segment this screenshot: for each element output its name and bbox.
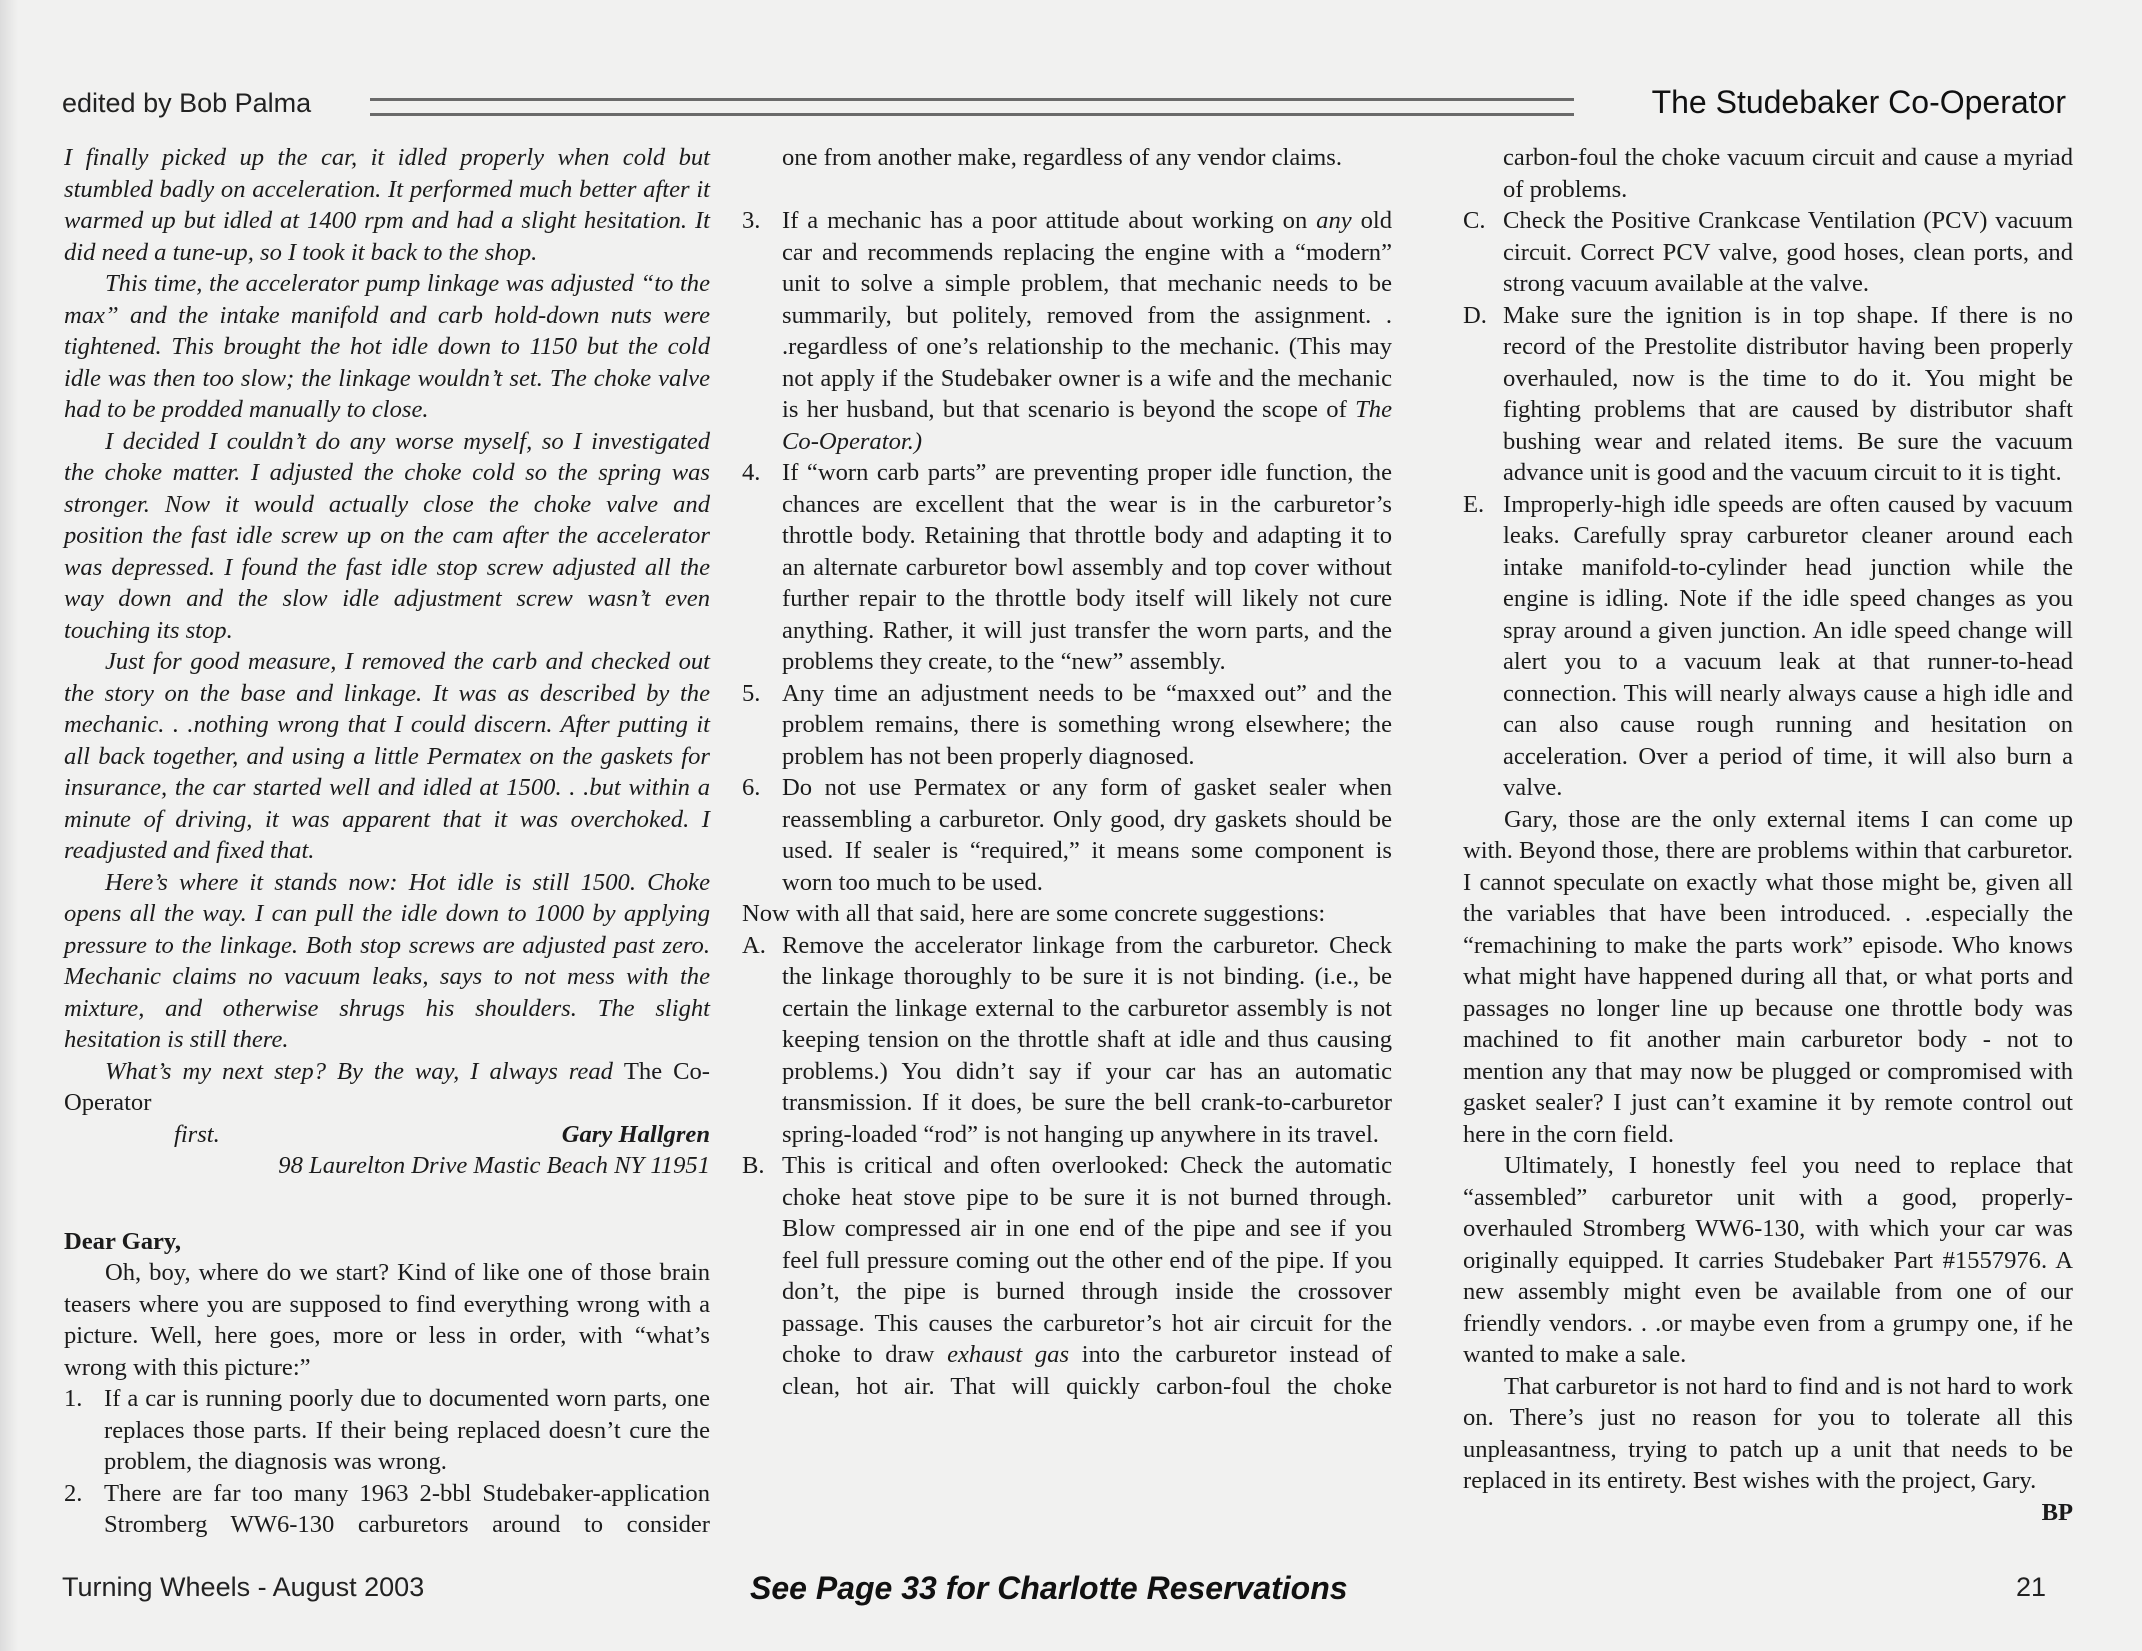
numbered-item: 5. Any time an adjustment needs to be “m… [742, 678, 1392, 773]
closing-paragraph: That carburetor is not hard to find and … [1463, 1371, 2073, 1497]
column-title: The Studebaker Co-Operator [1652, 84, 2066, 121]
page-header: edited by Bob Palma The Studebaker Co-Op… [62, 88, 2066, 128]
lettered-item: B. This is critical and often overlooked… [742, 1150, 1392, 1402]
editor-credit: edited by Bob Palma [62, 88, 311, 119]
closing-paragraph: Gary, those are the only external items … [1463, 804, 2073, 1151]
numbered-item: 2. There are far too many 1963 2-bbl Stu… [64, 1478, 710, 1541]
transition-paragraph: Now with all that said, here are some co… [742, 898, 1392, 930]
reply-intro: Oh, boy, where do we start? Kind of like… [64, 1257, 710, 1383]
numbered-item: 4. If “worn carb parts” are preventing p… [742, 457, 1392, 678]
numbered-item-continued: There are far too many 1963 2-bbl Studeb… [742, 142, 1392, 205]
lettered-item-continued: This is critical and often overlooked: C… [1463, 142, 2073, 205]
header-double-rule [370, 98, 1574, 116]
letter-signature-row: . [64, 1087, 710, 1119]
page-edge-shadow [0, 0, 18, 1651]
promo-notice: See Page 33 for Charlotte Reservations [750, 1570, 1348, 1607]
letter-paragraph: Just for good measure, I removed the car… [64, 646, 710, 867]
numbered-item: 3. If a mechanic has a poor attitude abo… [742, 205, 1392, 457]
page-footer: Turning Wheels - August 2003 See Page 33… [62, 1572, 2066, 1612]
letter-closing-word: first. [174, 1119, 220, 1151]
closing-paragraph: Ultimately, I honestly feel you need to … [1463, 1150, 2073, 1371]
numbered-item: 1. If a car is running poorly due to doc… [64, 1383, 710, 1478]
numbered-item: 6. Do not use Permatex or any form of ga… [742, 772, 1392, 898]
page-number: 21 [2016, 1572, 2046, 1603]
letter-signature: Gary Hallgren [562, 1119, 710, 1151]
letter-paragraph: I finally picked up the car, it idled pr… [64, 142, 710, 268]
letter-paragraph: Here’s where it stands now: Hot idle is … [64, 867, 710, 1056]
lettered-item: D. Make sure the ignition is in top shap… [1463, 300, 2073, 489]
lettered-item: A. Remove the accelerator linkage from t… [742, 930, 1392, 1151]
column-1: I finally picked up the car, it idled pr… [64, 142, 710, 1541]
column-2: There are far too many 1963 2-bbl Studeb… [742, 142, 1392, 1402]
letter-signature-line: first. Gary Hallgren [64, 1119, 710, 1151]
letter-paragraph: This time, the accelerator pump linkage … [64, 268, 710, 426]
lettered-item: E. Improperly-high idle speeds are often… [1463, 489, 2073, 804]
letter-paragraph: I decided I couldn’t do any worse myself… [64, 426, 710, 647]
publication-issue: Turning Wheels - August 2003 [62, 1572, 424, 1603]
column-3: This is critical and often overlooked: C… [1463, 142, 2073, 1528]
reply-salutation: Dear Gary, [64, 1226, 710, 1258]
letter-address: 98 Laurelton Drive Mastic Beach NY 11951 [64, 1150, 710, 1182]
lettered-item: C. Check the Positive Crankcase Ventilat… [1463, 205, 2073, 300]
reply-initials: BP [1463, 1497, 2073, 1529]
